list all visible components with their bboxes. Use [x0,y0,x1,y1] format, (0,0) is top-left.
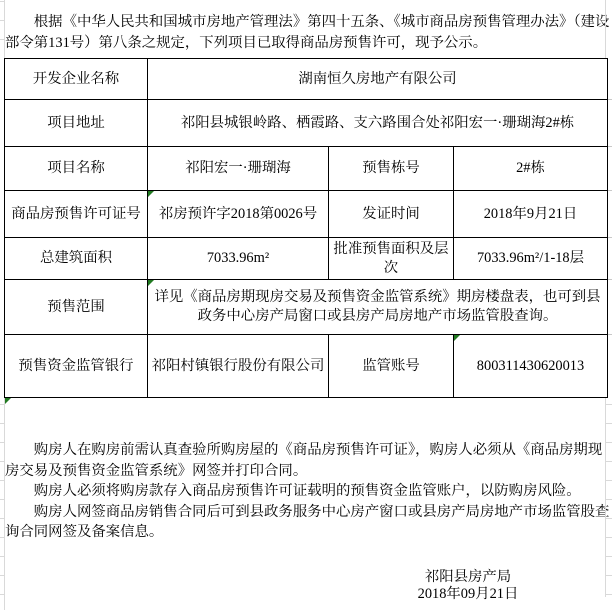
note-paragraph: 购房人在购房前需认真查验所购房屋的《商品房预售许可证》，购房人必须从《商品房期现… [5,440,611,481]
cell-label: 项目地址 [5,100,148,147]
notes-section: 购房人在购房前需认真查验所购房屋的《商品房预售许可证》，购房人必须从《商品房期现… [5,440,611,543]
cell-value: 祁阳村镇银行股份有限公司 [148,335,329,398]
signature-block: 祁阳县房产局 2018年09月21日 [368,569,568,603]
cell-label: 总建筑面积 [5,238,148,280]
cell-value: 祁阳县城银岭路、栖霞路、支六路围合处祁阳宏一·珊瑚海2#栋 [148,100,608,147]
cell-value: 2#栋 [454,147,608,191]
cell-value-text: 祁房预许字2018第0026号 [159,206,317,222]
cell-marker-triangle-icon [148,280,154,286]
cell-value: 7033.96m²/1-18层 [454,238,608,280]
cell-marker-triangle-icon [148,191,154,197]
cell-marker-triangle-icon [454,335,460,341]
table-row: 预售资金监管银行 祁阳村镇银行股份有限公司 监管账号 8003114306200… [5,335,608,398]
margin-gridline [605,0,606,58]
presale-permit-table: 开发企业名称 湖南恒久房地产有限公司 项目地址 祁阳县城银岭路、栖霞路、支六路围… [4,58,608,398]
cell-label: 预售范围 [5,280,148,335]
margin-gridline-stubs [0,386,4,610]
cell-label: 预售资金监管银行 [5,335,148,398]
margin-gridline-stubs [0,0,4,58]
note-paragraph: 购房人必须将购房款存入商品房预售许可证载明的预售资金监管账户，以防购房风险。 [5,481,611,502]
table-row: 商品房预售许可证号 祁房预许字2018第0026号 发证时间 2018年9月21… [5,191,608,238]
cell-label: 监管账号 [329,335,454,398]
cell-value: 祁房预许字2018第0026号 [148,191,329,238]
cell-label: 商品房预售许可证号 [5,191,148,238]
signature-date: 2018年09月21日 [368,586,568,603]
intro-paragraph: 根据《中华人民共和国城市房地产管理法》第四十五条、《城市商品房预售管理办法》（建… [5,12,611,54]
cell-label: 发证时间 [329,191,454,238]
note-paragraph: 购房人网签商品房销售合同后可到县政务服务中心房产窗口或县房产局房地产市场监管股查… [5,502,611,543]
cell-value: 湖南恒久房地产有限公司 [148,59,608,100]
table-row: 开发企业名称 湖南恒久房地产有限公司 [5,59,608,100]
cell-value-text: 800311430620013 [477,358,584,374]
cell-label: 预售栋号 [329,147,454,191]
cell-label: 项目名称 [5,147,148,191]
table-row: 总建筑面积 7033.96m² 批准预售面积及层次 7033.96m²/1-18… [5,238,608,280]
table-row: 项目地址 祁阳县城银岭路、栖霞路、支六路围合处祁阳宏一·珊瑚海2#栋 [5,100,608,147]
table-row: 预售范围 详见《商品房期现房交易及预售资金监管系统》期房楼盘表，也可到县政务中心… [5,280,608,335]
cell-value: 2018年9月21日 [454,191,608,238]
cell-value: 详见《商品房期现房交易及预售资金监管系统》期房楼盘表，也可到县政务中心房产局窗口… [148,280,608,335]
cell-value: 800311430620013 [454,335,608,398]
cell-value-text: 详见《商品房期现房交易及预售资金监管系统》期房楼盘表，也可到县政务中心房产局窗口… [154,289,600,324]
signature-issuer: 祁阳县房产局 [368,569,568,586]
margin-gridline-stubs [605,386,612,610]
cell-label: 批准预售面积及层次 [329,238,454,280]
cell-value: 祁阳宏一·珊瑚海 [148,147,329,191]
cell-marker-triangle-icon [5,398,11,404]
excel-sheet-document: { "page": { "intro": " 根据《中华人民共和国城市房地产管理… [0,0,612,610]
cell-value: 7033.96m² [148,238,329,280]
table-row: 项目名称 祁阳宏一·珊瑚海 预售栋号 2#栋 [5,147,608,191]
cell-label: 开发企业名称 [5,59,148,100]
